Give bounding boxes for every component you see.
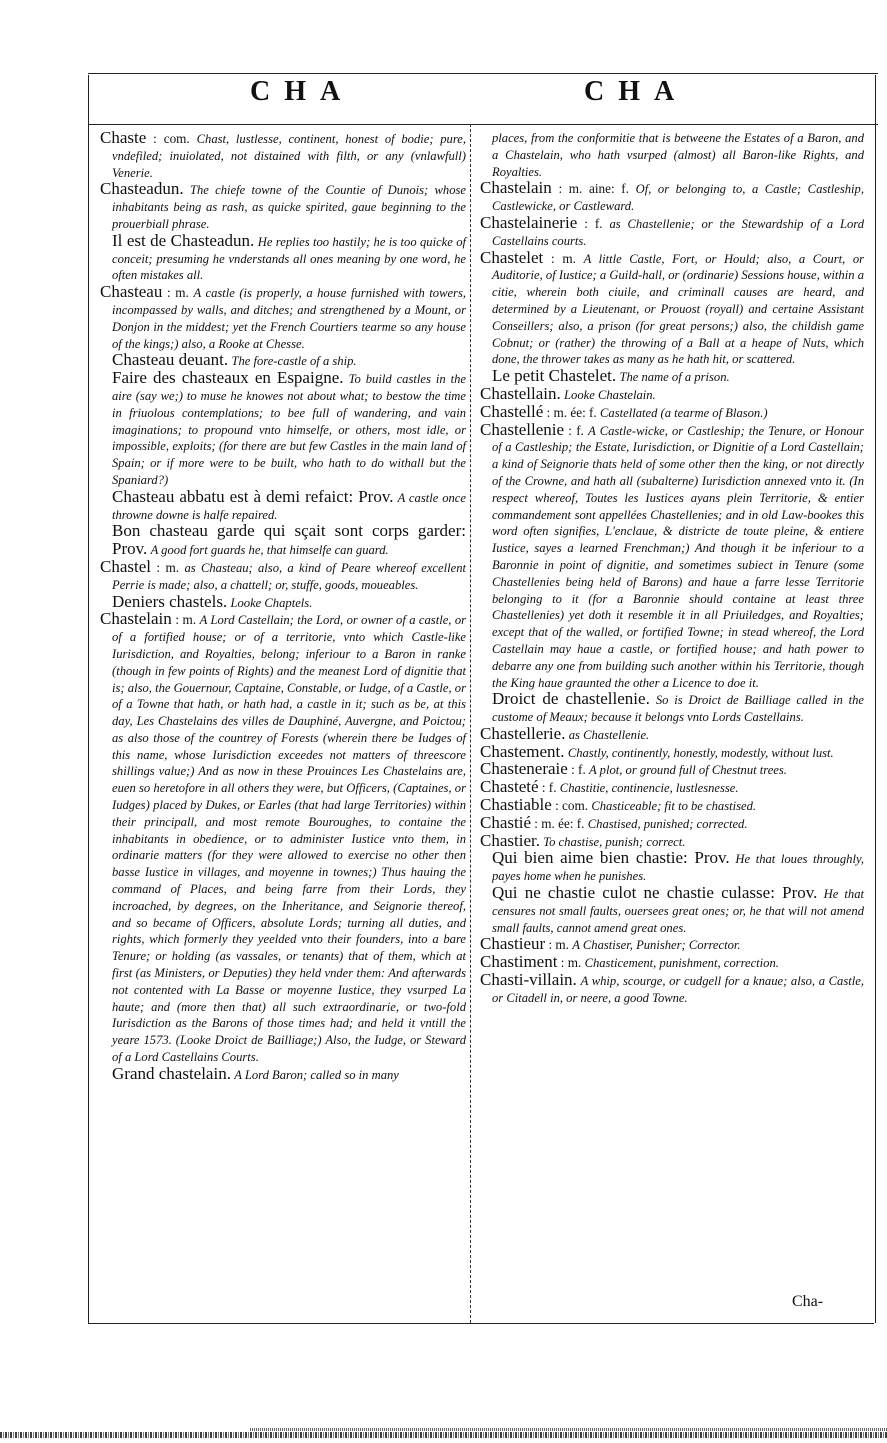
dictionary-entry: Chaste : com. Chast, lustlesse, continen… (100, 130, 466, 181)
left-column: Chaste : com. Chast, lustlesse, continen… (100, 130, 466, 1084)
entry-grammar: : f. (571, 762, 586, 777)
entry-grammar: : m. (175, 612, 196, 627)
entry-headword: Chasteneraie (480, 759, 568, 778)
dictionary-entry: Faire des chasteaux en Espaigne. To buil… (100, 370, 466, 489)
entry-definition: A plot, or ground full of Chestnut trees… (589, 763, 787, 777)
entry-grammar: : m. ée: f. (547, 405, 597, 420)
dictionary-entry: Bon chasteau garde qui sçait sont corps … (100, 523, 466, 559)
entry-headword: Chaste (100, 128, 146, 147)
entry-definition: A castle (is properly, a house furnished… (112, 286, 466, 350)
entry-definition: Looke Chaptels. (230, 596, 312, 610)
entry-headword: Deniers chastels. (112, 592, 227, 611)
dictionary-entry: Chastelain : m. A Lord Castellain; the L… (100, 611, 466, 1066)
entry-headword: Chastellenie (480, 420, 564, 439)
entry-headword: Faire des chasteaux en Espaigne. (112, 368, 344, 387)
dictionary-entry: Chastelainerie : f. as Chastellenie; or … (480, 215, 864, 250)
entry-definition: The fore-castle of a ship. (231, 354, 356, 368)
top-border-rule (88, 73, 878, 74)
dictionary-entry: Il est de Chasteadun. He replies too has… (100, 233, 466, 284)
left-entry-list: Chaste : com. Chast, lustlesse, continen… (100, 130, 466, 1084)
entry-grammar: : f. (542, 780, 557, 795)
entry-headword: Chastellerie. (480, 724, 565, 743)
entry-headword: Chastement. (480, 742, 565, 761)
entry-grammar: : m. (167, 285, 189, 300)
entry-headword: Chasteté (480, 777, 539, 796)
entry-grammar: : com. (153, 131, 190, 146)
dictionary-entry: Chastelain : m. aine: f. Of, or belongin… (480, 180, 864, 215)
running-head-left: CHA (250, 76, 354, 108)
entry-definition: Looke Chastelain. (564, 388, 656, 402)
dictionary-entry: Chasteadun. The chiefe towne of the Coun… (100, 181, 466, 232)
entry-headword: Chasteau (100, 282, 162, 301)
running-head-right: CHA (584, 76, 688, 108)
entry-grammar: : m. ée: f. (534, 816, 584, 831)
dictionary-entry: Grand chastelain. A Lord Baron; called s… (100, 1066, 466, 1084)
entry-headword: Qui ne chastie culot ne chastie culasse:… (492, 883, 817, 902)
entry-definition: A Lord Baron; called so in many (234, 1068, 399, 1082)
entry-definition: A Castle-wicke, or Castleship; the Tenur… (492, 424, 864, 690)
entry-headword: Chastieur (480, 934, 545, 953)
entry-headword: Chastellé (480, 402, 543, 421)
entry-definition: Chasticeable; fit to be chastised. (591, 799, 756, 813)
scan-artifact (0, 1432, 887, 1438)
entry-headword: Chasti-villain. (480, 970, 577, 989)
dictionary-entry: Chastiable : com. Chasticeable; fit to b… (480, 797, 864, 815)
column-divider (470, 124, 471, 1323)
scan-artifact (250, 1428, 887, 1431)
entry-grammar: : m. aine: f. (558, 181, 629, 196)
entry-definition: Chastly, continently, honestly, modestly… (568, 746, 834, 760)
entry-headword: Grand chastelain. (112, 1064, 231, 1083)
dictionary-entry: Chasteau abbatu est à demi refaict: Prov… (100, 489, 466, 524)
entry-headword: Droict de chastellenie. (492, 689, 650, 708)
entry-grammar: : com. (555, 798, 588, 813)
entry-definition: The name of a prison. (619, 370, 729, 384)
right-entry-list: Chastelain : m. aine: f. Of, or belongin… (480, 180, 864, 1006)
entry-headword: Chasteau abbatu est à demi refaict: Prov… (112, 487, 394, 506)
entry-grammar: : f. (568, 423, 584, 438)
right-column: places, from the conformitie that is bet… (480, 130, 864, 1007)
entry-headword: Chastelet (480, 248, 543, 267)
dictionary-entry: Chasteau : m. A castle (is properly, a h… (100, 284, 466, 352)
entry-headword: Chasteadun. (100, 179, 184, 198)
header-rule (88, 124, 878, 125)
entry-grammar: : m. (551, 251, 576, 266)
dictionary-entry: Chastelet : m. A little Castle, Fort, or… (480, 250, 864, 369)
dictionary-entry: Qui bien aime bien chastie: Prov. He tha… (480, 850, 864, 885)
bottom-border-rule (88, 1323, 874, 1324)
continuation-text: places, from the conformitie that is bet… (480, 130, 864, 180)
entry-headword: Chastellain. (480, 384, 561, 403)
dictionary-entry: Chasti-villain. A whip, scourge, or cudg… (480, 972, 864, 1007)
entry-grammar: : f. (584, 216, 602, 231)
entry-headword: Chastié (480, 813, 531, 832)
entry-headword: Chastiment (480, 952, 557, 971)
entry-headword: Chastiable (480, 795, 552, 814)
entry-definition: A Chastiser, Punisher; Corrector. (572, 938, 740, 952)
entry-headword: Chasteau deuant. (112, 350, 228, 369)
entry-grammar: : m. (548, 937, 569, 952)
dictionary-entry: Qui ne chastie culot ne chastie culasse:… (480, 885, 864, 936)
entry-headword: Chastelain (100, 609, 172, 628)
entry-definition: Chasticement, punishment, correction. (585, 956, 779, 970)
entry-headword: Il est de Chasteadun. (112, 231, 254, 250)
entry-headword: Chastier. (480, 831, 540, 850)
entry-definition: Castellated (a tearme of Blason.) (600, 406, 768, 420)
entry-definition: A good fort guards he, that himselfe can… (151, 543, 389, 557)
entry-definition: as Chastellenie. (569, 728, 649, 742)
entry-headword: Chastelainerie (480, 213, 577, 232)
entry-definition: To chastise, punish; correct. (543, 835, 685, 849)
entry-definition: To build castles in the aire (say we;) t… (112, 372, 466, 487)
entry-headword: Le petit Chastelet. (492, 366, 616, 385)
entry-grammar: : m. (156, 560, 179, 575)
entry-definition: Chastised, punished; corrected. (588, 817, 748, 831)
dictionary-entry: Chastellenie : f. A Castle-wicke, or Cas… (480, 422, 864, 692)
entry-headword: Chastel (100, 557, 151, 576)
entry-definition: Chastitie, continencie, lustlesnesse. (560, 781, 739, 795)
dictionary-entry: Droict de chastellenie. So is Droict de … (480, 691, 864, 726)
entry-headword: Qui bien aime bien chastie: Prov. (492, 848, 730, 867)
catchword: Cha- (792, 1293, 823, 1311)
entry-grammar: : m. (561, 955, 582, 970)
entry-definition: A Lord Castellain; the Lord, or owner of… (112, 613, 466, 1064)
entry-definition: A little Castle, Fort, or Hould; also, a… (492, 252, 864, 367)
entry-headword: Chastelain (480, 178, 552, 197)
dictionary-entry: Chastel : m. as Chasteau; also, a kind o… (100, 559, 466, 594)
